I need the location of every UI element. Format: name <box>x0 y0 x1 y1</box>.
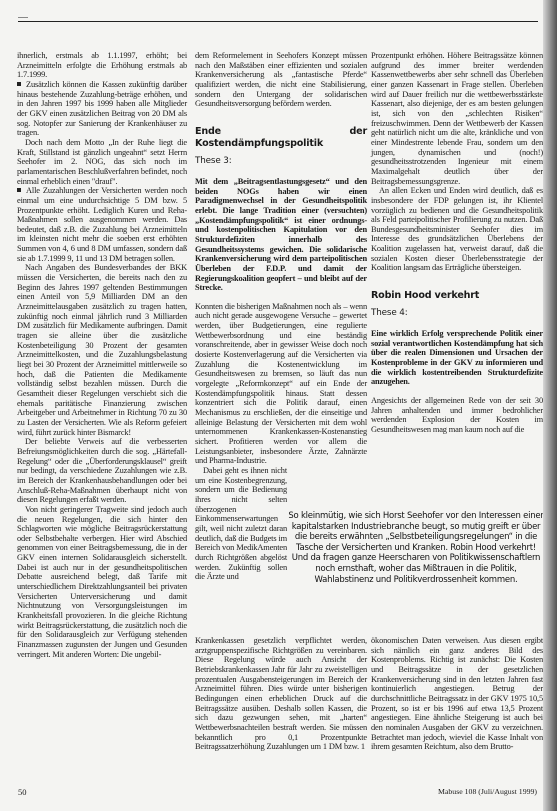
col1-bullet-paragraph: Alle Zuzahlungen der Versicherten werden… <box>17 186 187 263</box>
top-mark <box>18 17 28 18</box>
top-rule-divider <box>18 21 538 22</box>
thesis-text: Mit dem „Beitragsentlastungsgesetz“ und … <box>195 177 367 293</box>
section-heading: Robin Hood verkehrt <box>371 290 543 302</box>
col2-narrow-paragraph: Dabei geht es ihnen nicht um eine Kosten… <box>195 466 287 582</box>
col1-bullet-text: Alle Zuzahlungen der Versicherten werden… <box>17 186 187 263</box>
page-edge-shadow <box>543 0 557 811</box>
col2-paragraph: Konnten die bisherigen Maßnahmen noch al… <box>195 302 367 466</box>
square-bullet-icon <box>17 82 21 86</box>
page-number: 50 <box>18 787 27 797</box>
col1-paragraph: Nach Angaben des Bundesverbandes der BKK… <box>17 263 187 437</box>
footer-issue: Mabuse 108 (Juli/August 1999) <box>438 787 537 796</box>
col1-paragraph: Der beliebte Verweis auf die verbesserte… <box>17 437 187 505</box>
column-1: ihnerlich, erstmals ab 1.1.1997, erhöht;… <box>17 51 187 659</box>
magazine-page: ihnerlich, erstmals ab 1.1.1997, erhöht;… <box>0 0 557 811</box>
col1-bullet-paragraph: Zusätzlich können die Kassen zukünftig d… <box>17 80 187 138</box>
col1-paragraph: ihnerlich, erstmals ab 1.1.1997, erhöht;… <box>17 51 187 80</box>
col3-paragraph: Angesichts der allgemeinen Rede von der … <box>371 396 543 435</box>
thesis-label: These 3: <box>195 156 367 167</box>
col2-bottom-paragraph: Krankenkassen gesetzlich verpflichtet we… <box>195 636 367 752</box>
col2-intro: dem Reformelement in Seehofers Konzept m… <box>195 51 367 109</box>
column-2: dem Reformelement in Seehofers Konzept m… <box>195 51 367 582</box>
section-heading: Ende der Kostendämpfungspolitik <box>195 126 367 150</box>
pull-quote: So kleinmütig, wie sich Horst Seehofer v… <box>287 511 545 585</box>
thesis-label: These 4: <box>371 308 543 319</box>
col3-bottom-paragraph: ökonomischen Daten verweisen. Aus diesen… <box>371 636 543 752</box>
col3-intro: Prozentpunkt erhöhen. Höhere Beitragssät… <box>371 51 543 186</box>
col3-paragraph: An allen Ecken und Enden wird deutlich, … <box>371 186 543 273</box>
col1-paragraph: Doch nach dem Motto „In der Ruhe liegt d… <box>17 138 187 186</box>
col1-paragraph: Von nicht geringerer Tragweite sind jedo… <box>17 505 187 660</box>
column-3: Prozentpunkt erhöhen. Höhere Beitragssät… <box>371 51 543 435</box>
thesis-text: Eine wirklich Erfolg versprechende Polit… <box>371 329 543 387</box>
col1-bullet-text: Zusätzlich können die Kassen zukünftig d… <box>17 80 187 137</box>
square-bullet-icon <box>17 188 21 192</box>
